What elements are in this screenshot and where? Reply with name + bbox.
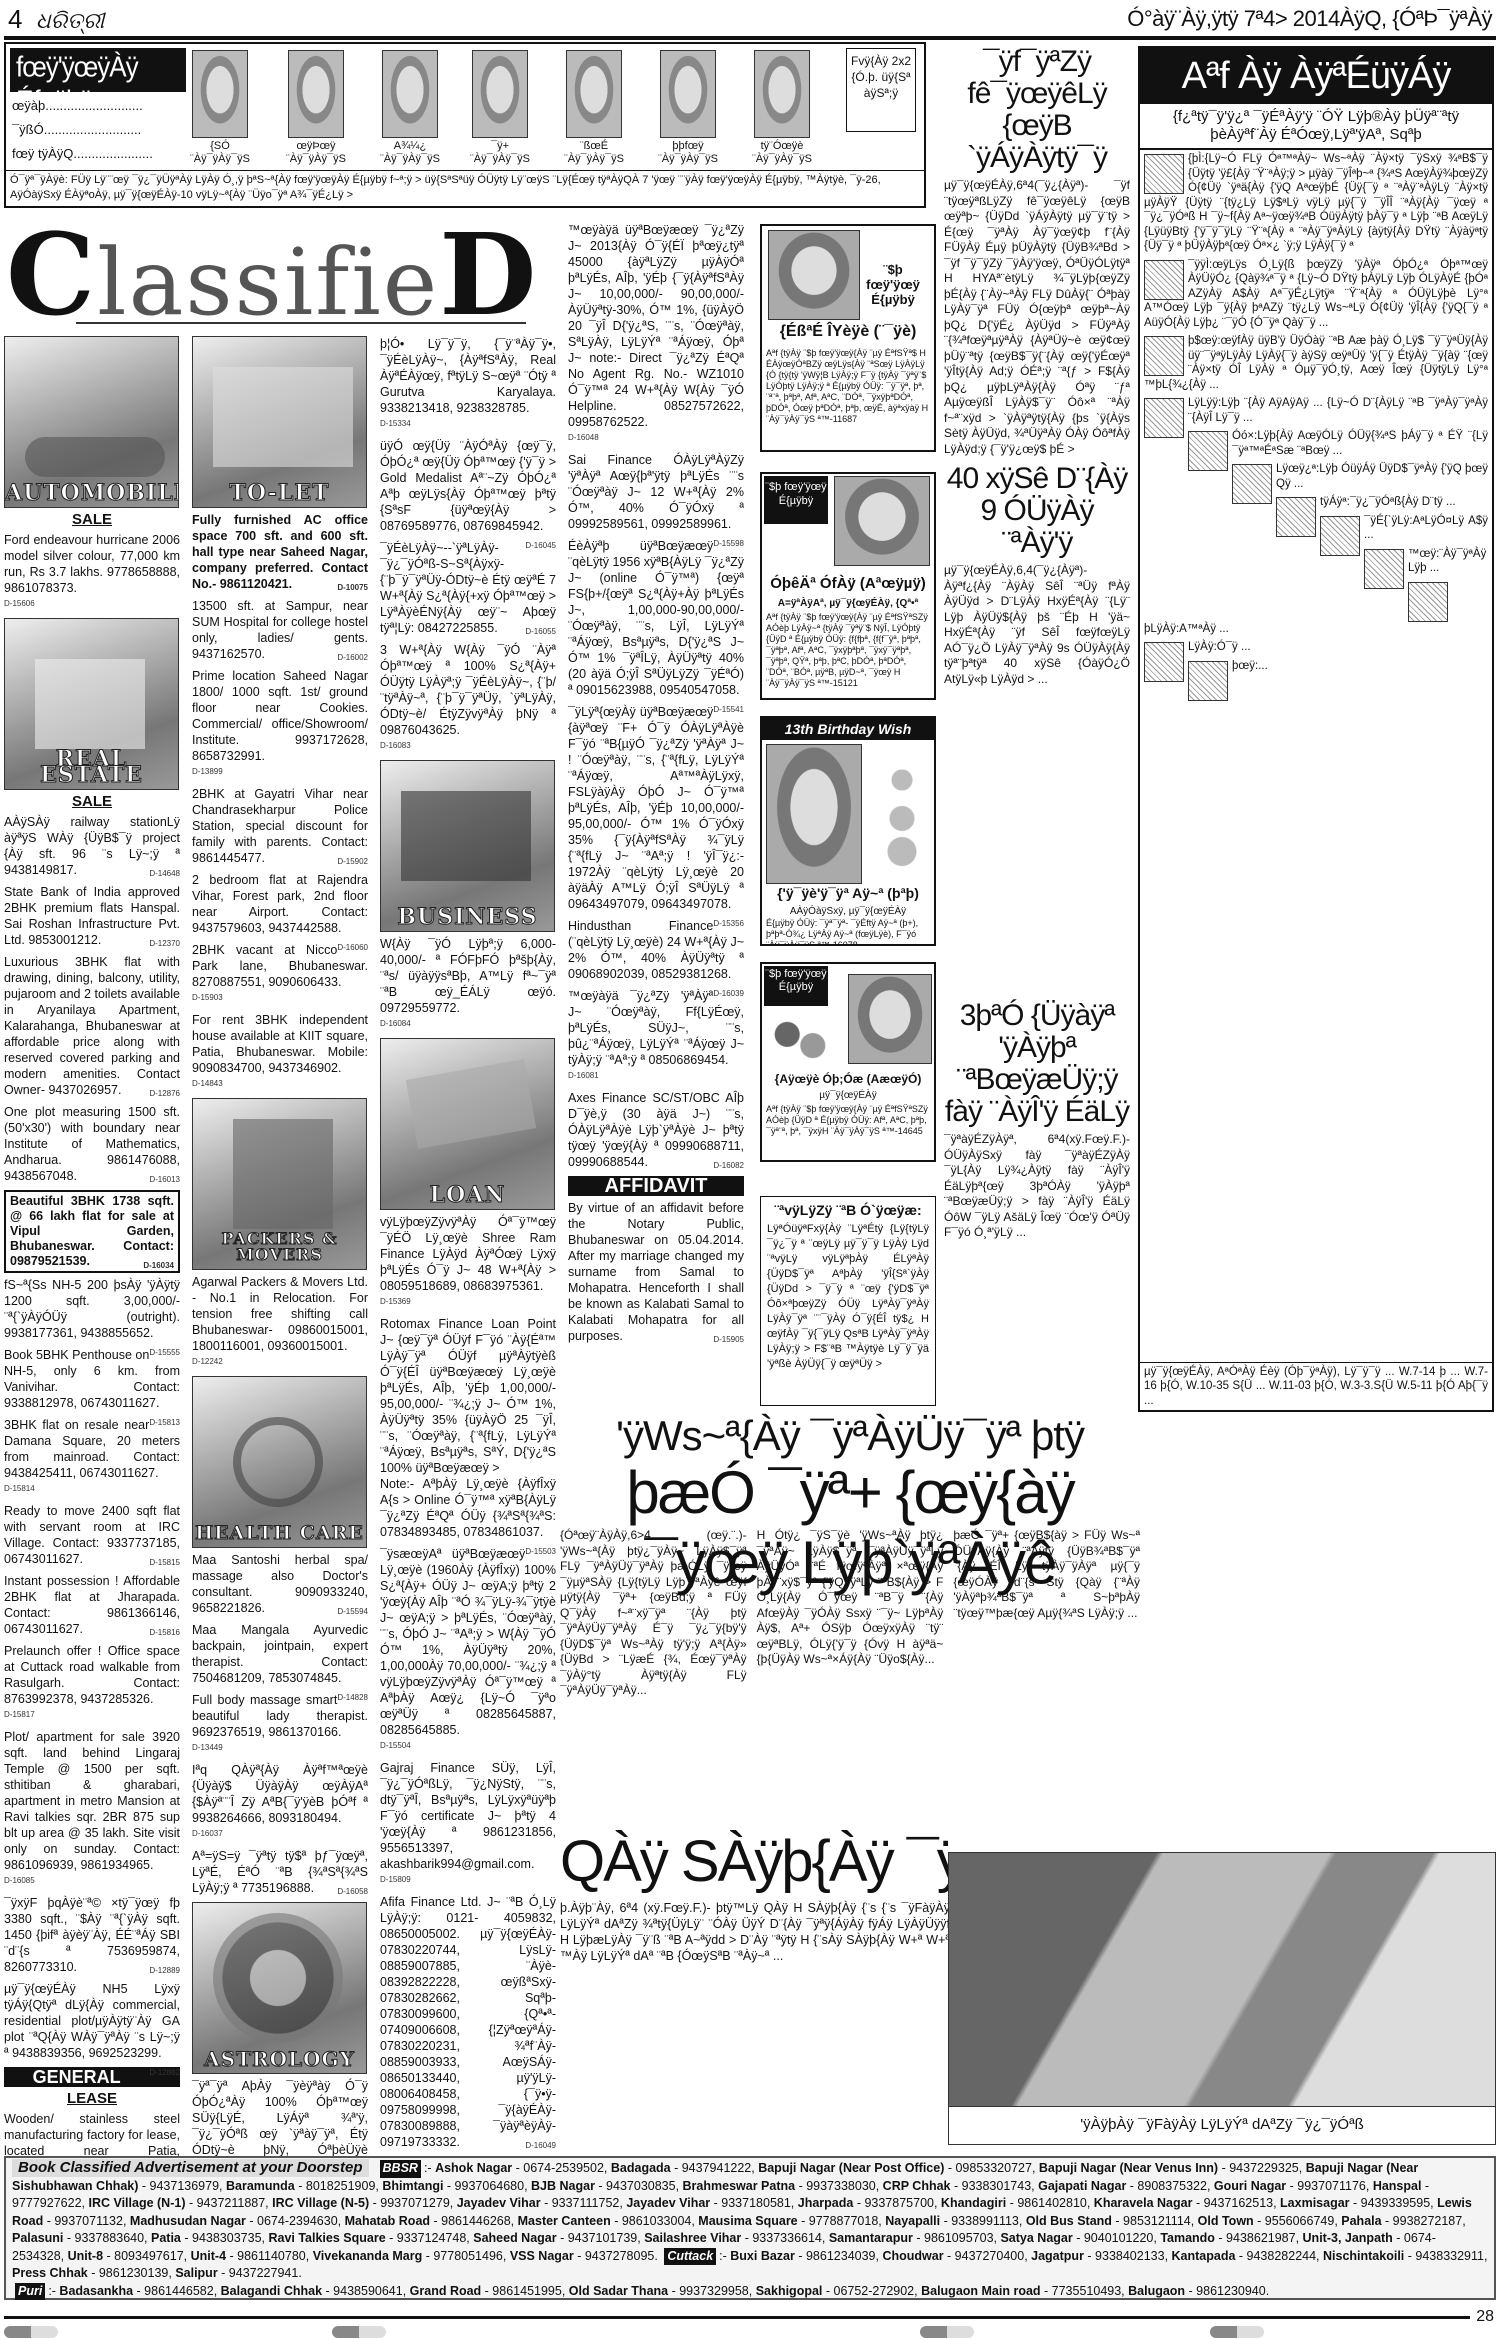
astrology-image: ASTROLOGY bbox=[192, 1902, 367, 2074]
registration-mark bbox=[920, 2326, 974, 2338]
age-field: ¯ÿßÓ........................... bbox=[12, 122, 182, 137]
news-headline: ¯ÿf¯ÿªZÿ fê¯ÿœÿêLÿ {œÿB `ÿÁÿÀÿtÿ¯ÿ bbox=[944, 46, 1130, 174]
booking-header: Book Classified Advertisement at your Do… bbox=[12, 2159, 369, 2177]
classified-ad: Maa Santoshi herbal spa/ massage also Do… bbox=[192, 1552, 368, 1616]
greeting-text: ¨$þ fœÿ'ÿœÿ É{µÿbÿ bbox=[764, 476, 828, 524]
booking-phone: - 9337336614, bbox=[741, 2231, 829, 2245]
booking-location: Bapuji Nagar (Near Post Office) bbox=[758, 2161, 944, 2175]
booking-location: Kharavela Nagar bbox=[1094, 2196, 1193, 2210]
sale-heading: SALE bbox=[4, 512, 180, 528]
wish-text: Aªf {tÿÀÿ ¨$þ fœÿ'ÿœÿ{Àÿ ¨µÿ ÉªfSŸªSZÿ A… bbox=[766, 612, 930, 689]
classified-ad: 3 W+ª{Àÿ W{Àÿ ¯ÿÓ ¨Àÿª Óþª™œÿ ª 100% S¿ª… bbox=[380, 642, 556, 754]
twins-icon bbox=[1144, 336, 1184, 376]
news-photo bbox=[948, 1852, 1496, 2107]
booking-location: IRC Village (N-1) bbox=[88, 2196, 185, 2210]
to-let-image: TO-LET bbox=[192, 336, 367, 508]
booking-phone: - 9861451995, bbox=[481, 2284, 569, 2298]
classified-ad: fS~ª{Ss NH-5 200 þsÀÿ 'ÿÀÿtÿ 1200 sqft. … bbox=[4, 1277, 180, 1341]
city-label-cuttack: Cuttack bbox=[664, 2248, 716, 2266]
booking-location: Balugaon bbox=[1128, 2284, 1185, 2298]
story-column: {Óªœÿ¨ÀÿÀÿ,6>4 (œÿ.¨.)- 'ÿWs~ª{Àÿ þtÿ¿¯ÿ… bbox=[560, 1528, 747, 1699]
booking-phone: - 9937071176, bbox=[1286, 2179, 1373, 2193]
booking-phone: - 9337883640, bbox=[63, 2231, 151, 2245]
classified-ad: Ford endeavour hurricane 2006 model silv… bbox=[4, 532, 180, 612]
booking-location: Unit-4 bbox=[191, 2249, 226, 2263]
booking-phone: - 9337180581, bbox=[710, 2196, 798, 2210]
baby-photo bbox=[848, 974, 932, 1064]
place-text: A=ÿªÀÿAª, µÿ¯ÿ{œÿÉÀÿ, {Qª•ª bbox=[762, 598, 934, 609]
greeting-text: ¨$þ fœÿ'ÿœÿ É{µÿbÿ bbox=[764, 966, 828, 1006]
classified-ad: µÿ¯ÿ{œÿÉÀÿ NH5 Lÿxÿ tÿÁÿ{Qtÿª dLÿ{Àÿ com… bbox=[4, 1981, 180, 2061]
classified-ad: Prime location Saheed Nagar 1800/ 1000 s… bbox=[192, 668, 368, 780]
news-body: µÿ¯ÿ{œÿÉÀÿ,6,4(¯ÿ¿{Àÿª)-Àÿªf¿{Àÿ ¨ÀÿÀÿ S… bbox=[944, 563, 1130, 687]
booking-location: Laxmisagar bbox=[1280, 2196, 1349, 2210]
booking-phone: - 9437278095. bbox=[574, 2249, 662, 2263]
packers-movers-image: PACKERS & MOVERS bbox=[192, 1098, 367, 1270]
booking-location: Jayadev Vihar bbox=[457, 2196, 541, 2210]
girl-photo bbox=[660, 50, 716, 138]
classified-ad: üÿÓ œÿ{Üÿ ¨ÀÿÓªÀÿ {œÿ¯ÿ, ÓþÓ¿ª œÿ{Üÿ Óþª… bbox=[380, 438, 556, 534]
booking-location: Ashok Nagar bbox=[435, 2161, 512, 2175]
health-care-image: HEALTH CARE bbox=[192, 1376, 367, 1548]
booking-location: Khandagiri bbox=[941, 2196, 1006, 2210]
booking-location: Press Chhak bbox=[12, 2266, 88, 2280]
booking-location: Unit-3, Janpath bbox=[1303, 2231, 1393, 2245]
notice-to-readers: ¨ªvÿLÿZÿ ¨ªB Ó`ÿœÿæ: LÿªÓüÿªFxÿ{Àÿ ¨LÿªÉ… bbox=[760, 1196, 936, 1406]
booking-phone: - 9437101739, bbox=[557, 2231, 645, 2245]
booking-phone: - 9937064680, bbox=[443, 2179, 531, 2193]
booking-location: Balugaon Main road bbox=[921, 2284, 1040, 2298]
classified-ad: Note:- AªþÀÿ Lÿ¸œÿè {ÀÿfÎxÿ A{s > Online… bbox=[380, 1476, 556, 1540]
classified-ad: Aª=ÿS=ÿ ¯ÿªtÿ tÿ$ª þƒ¯ÿœÿª, LÿªÉ, ÉªÓ ¨ª… bbox=[192, 1848, 368, 1896]
booking-phone: - 9861402810, bbox=[1006, 2196, 1094, 2210]
booking-location: Madhusudan Nagar bbox=[130, 2214, 246, 2228]
booking-location: IRC Village (N-5) bbox=[272, 2196, 369, 2210]
booking-phone: - 9438590641, bbox=[322, 2284, 410, 2298]
booking-location: Samantarapur bbox=[829, 2231, 913, 2245]
wish-text: É{µÿbÿ ÓÜÿ: ¯ÿª¯ÿª- ¯ÿÉftÿ Aÿ~ª (þ+), þª… bbox=[766, 918, 930, 946]
booking-phone: - 06752-272902, bbox=[822, 2284, 921, 2298]
classified-ad: ¯ÿLÿª{œÿÀÿ üÿªBœÿæœÿ {àÿªœÿ ¨F+ Ó¯ÿ ÓÀÿL… bbox=[568, 704, 744, 912]
booking-location: Ravi Talkies Square bbox=[268, 2231, 385, 2245]
booking-phone: - 9778051496, bbox=[422, 2249, 510, 2263]
notice-title: ¨ªvÿLÿZÿ ¨ªB Ó`ÿœÿæ: bbox=[763, 1203, 933, 1218]
classified-ad: Plot/ apartment for sale 3920 sqft. land… bbox=[4, 1729, 180, 1889]
booking-phone: - 9337124748, bbox=[386, 2231, 474, 2245]
notice-text: LÿªÓüÿªFxÿ{Àÿ ¨LÿªÉtÿ {Lÿ{tÿLÿ ¯ÿ¿¯ÿ ª ¨… bbox=[763, 1222, 933, 1372]
classified-ad: State Bank of India approved 2BHK premiu… bbox=[4, 884, 180, 948]
sale-heading: SALE bbox=[4, 794, 180, 810]
footer-rule bbox=[4, 2316, 1470, 2319]
classified-column-1: AUTOMOBILE SALE Ford endeavour hurricane… bbox=[4, 336, 180, 2213]
affidavit-notice: By virtue of an affidavit before the Not… bbox=[568, 1200, 744, 1344]
banner-underline bbox=[76, 322, 526, 324]
booking-phone: - 9437270400, bbox=[944, 2249, 1032, 2263]
classified-ad: ¯ÿsæœÿAª üÿªBœÿæœÿ Lÿ¸œÿè (1960Àÿ {ÀÿfÎx… bbox=[380, 1546, 556, 1754]
classified-ad: Fully furnished AC office space 700 sft.… bbox=[192, 512, 368, 592]
booking-location: Old Bus Stand bbox=[1026, 2214, 1112, 2228]
name-field: œÿàþ........................... bbox=[12, 98, 182, 113]
booking-phone: - 9437030835, bbox=[595, 2179, 683, 2193]
horoscope-entry: Óó×:Lÿþ{Àÿ AœÿÓLÿ ÓÜÿ{¾ªS þÁÿ¯ÿ ª ÉŸ ¨{L… bbox=[1140, 427, 1492, 460]
booking-phone: - 9861230940. bbox=[1185, 2284, 1269, 2298]
booking-location: Palasuni bbox=[12, 2231, 63, 2245]
booking-phone: - 7735510493, bbox=[1041, 2284, 1129, 2298]
booking-phone: - 9861230139, bbox=[88, 2266, 176, 2280]
child-photo bbox=[382, 50, 438, 138]
booking-phone: - 9437229325, bbox=[1218, 2161, 1306, 2175]
date-line: Ó°àÿ¨Àÿ,ÿtÿ 7ª4> 2014ÀÿQ, {ÓªÞ¯ÿªÀÿ bbox=[1127, 6, 1492, 32]
main-story-columns: {Óªœÿ¨ÀÿÀÿ,6>4 (œÿ.¨.)- 'ÿWs~ª{Àÿ þtÿ¿¯ÿ… bbox=[560, 1528, 1140, 1699]
booking-location: Gajapati Nagar bbox=[1038, 2179, 1126, 2193]
booking-phone: - 8018251909, bbox=[295, 2179, 383, 2193]
booking-location: Tamando bbox=[1160, 2231, 1215, 2245]
news-column: ¯ÿf¯ÿªZÿ fê¯ÿœÿêLÿ {œÿB `ÿÁÿÀÿtÿ¯ÿ µÿ¯ÿ{… bbox=[944, 46, 1130, 693]
woman-photo bbox=[754, 50, 810, 138]
classified-ad: ™œÿàÿä üÿªBœÿæœÿ ¯ÿ¿ªZÿ J~ 2013{Àÿ Ó¯ÿ{É… bbox=[568, 222, 744, 446]
booking-location: Brahmeswar Patna bbox=[683, 2179, 796, 2193]
booking-location: Old Town bbox=[1198, 2214, 1254, 2228]
booking-phone: - 9437162513, bbox=[1192, 2196, 1280, 2210]
booking-phone: - 9438621987, bbox=[1215, 2231, 1303, 2245]
page-header-left: 4 ଧରିତ୍ରୀ bbox=[8, 4, 104, 35]
child-photo bbox=[472, 50, 528, 138]
booking-phone: - 9438303735, bbox=[181, 2231, 269, 2245]
booking-location: Balagandi Chhak bbox=[221, 2284, 322, 2298]
booking-phone: - 9861234039, bbox=[795, 2249, 883, 2263]
classified-ad: Agarwal Packers & Movers Ltd. - No.1 in … bbox=[192, 1274, 368, 1370]
booking-location: Gouri Nagar bbox=[1214, 2179, 1286, 2193]
lease-heading: LEASE bbox=[4, 2091, 180, 2107]
page-number: 4 bbox=[8, 4, 22, 34]
news-headline: 40 xÿSê D¨{Àÿ 9 ÓÜÿÀÿ ¨ªÀÿ'ÿ bbox=[944, 463, 1130, 559]
booking-location: VSS Nagar bbox=[510, 2249, 574, 2263]
news-column-lower: 3þªÓ {Üÿàÿª 'ÿÀÿþª ¨ªBœÿæÜÿ;ÿ fàÿ ¨ÀÿÎ'ÿ… bbox=[944, 1000, 1130, 1247]
booking-phone: - 9861033004, bbox=[611, 2214, 699, 2228]
horoscope-entry: {þÌ:{Lÿ~Ó FLÿ Óª™ªÀÿ~ Ws~ªÀÿ ¨Àÿ×tÿ ¯ÿSx… bbox=[1140, 150, 1492, 256]
booking-phone: - 9338402133, bbox=[1084, 2249, 1172, 2263]
wish-text: Aªf {tÿÀÿ ¨$þ fœÿ'ÿœÿ{Àÿ ¨µÿ ÉªfSŸª$ H É… bbox=[766, 348, 930, 425]
booking-location: Hanspal bbox=[1373, 2179, 1422, 2193]
booking-phone: - 9937071132, bbox=[43, 2214, 130, 2228]
girl-photo bbox=[766, 744, 862, 884]
classified-ad: AÀÿSÀÿ railway stationLÿ àÿªÿS WÀÿ {ÜÿB$… bbox=[4, 814, 180, 878]
booking-location: Old Sadar Thana bbox=[569, 2284, 668, 2298]
child-photo bbox=[566, 50, 622, 138]
header-rule bbox=[4, 36, 1496, 40]
news-body: ¯ÿªàÿÉZÿÀÿª, 6ª4(xÿ.Fœÿ.F.)- ÓÜÿÀÿSxÿ fà… bbox=[944, 1132, 1130, 1241]
child-photo bbox=[288, 50, 344, 138]
booking-phone: - 9439339595, bbox=[1350, 2196, 1438, 2210]
classified-ad: Instant possession ! Affordable 2BHK fla… bbox=[4, 1573, 180, 1637]
classified-ad: ¯ÿxÿF þqÀÿè¨ª© ×tÿ¯ÿœÿ fþ 3380 sqft., ¨$… bbox=[4, 1895, 180, 1975]
child-photo bbox=[192, 50, 248, 138]
booking-location: Sailashree Vihar bbox=[644, 2231, 741, 2245]
booking-phone: - 9861140780, bbox=[226, 2249, 313, 2263]
birthday-ad: ¨$þ fœÿ'ÿœÿ É{µÿbÿ {ÉßªÉ ÎYèÿè (¨¯ÿè) Aª… bbox=[760, 224, 936, 452]
booking-location: Jayadev Vihar bbox=[626, 2196, 710, 2210]
booking-phone: - 9556066749, bbox=[1254, 2214, 1342, 2228]
page-number-bottom: 28 bbox=[1476, 2308, 1494, 2326]
booking-phone: - 9861446268, bbox=[430, 2214, 518, 2228]
horoscope-entry: Lÿœÿ¿ª:Lÿþ ÓüÿÁÿ ÜÿD$¯ÿªÀÿ {'ÿQ þœÿ Qÿ .… bbox=[1140, 460, 1492, 493]
photo-caption: tÿ¨Óœÿè¨Àÿ¯ÿÀÿ¯ÿS bbox=[747, 140, 817, 166]
classified-ad: Axes Finance SC/ST/OBC AÎþ D¯ÿè,ÿ (30 àÿ… bbox=[568, 1090, 744, 1170]
classified-ad: ÉèÀÿªþ üÿªBœÿæœÿ ¨qèLÿtÿ 1956 xÿªB{ÀÿLÿ … bbox=[568, 538, 744, 698]
booking-location: Baramunda bbox=[226, 2179, 295, 2193]
secondary-headline: QÀÿ SÀÿþ{Àÿ ¯ÿFàÿÀÿ LÿLÿÝª þ{àÿ bbox=[560, 1830, 950, 1894]
booking-location: Buxi Bazar bbox=[730, 2249, 795, 2263]
booking-phone: - 9437227941. bbox=[218, 2266, 302, 2280]
boxed-classified-ad: Beautiful 3BHK 1738 sqft. @ 66 lakh flat… bbox=[4, 1190, 180, 1273]
photo-caption: 'ÿÀÿþÀÿ ¯ÿFàÿÀÿ LÿLÿÝª dAªZÿ ¯ÿ¿¯ÿÓªß bbox=[948, 2107, 1496, 2145]
booking-phone: - 9938272187, bbox=[1382, 2214, 1466, 2228]
photo-caption: ¯ÿ+¨Àÿ¯ÿÀÿ¯ÿS bbox=[465, 140, 535, 166]
booking-location: Salipur bbox=[175, 2266, 217, 2280]
horoscope-entry: ¯ÿÉ{`ÿLÿ:AªLÿÓ¤Lÿ A$ÿ ... bbox=[1140, 512, 1492, 545]
booking-phone: - 9040101220, bbox=[1073, 2231, 1161, 2245]
booking-location: Unit-8 bbox=[68, 2249, 103, 2263]
main-headline-line-1: 'ÿWs~ª{Àÿ ¯ÿªÀÿÜÿ¯ÿª þtÿ bbox=[560, 1412, 1140, 1460]
booking-phone: - 9337875700, bbox=[853, 2196, 941, 2210]
strip-title: fœÿ'ÿœÿÀÿ É{µÿbÿ bbox=[10, 48, 186, 92]
photo-caption: ¨ßœÉ¨Àÿ¯ÿÀÿ¯ÿS bbox=[559, 140, 629, 166]
booking-location: BJB Nagar bbox=[531, 2179, 595, 2193]
photo-caption: {SÓ¨Àÿ¯ÿÀÿ¯ÿS bbox=[185, 140, 255, 166]
birthday-ad: ¨$þ fœÿ'ÿœÿ É{µÿbÿ {Aÿœÿè Óþ;Óæ (AæœÿÓ) … bbox=[760, 962, 936, 1162]
birthday-banner: 13th Birthday Wish bbox=[762, 718, 934, 740]
classified-ad: 13500 sft. at Sampur, near SUM Hospital … bbox=[192, 598, 368, 662]
classified-banner: ClassifieD bbox=[6, 222, 546, 330]
real-estate-image: REAL ESTATE bbox=[4, 618, 179, 790]
date-field: fœÿ tÿÀÿQ...................... bbox=[12, 146, 182, 161]
baby-photo bbox=[768, 230, 860, 320]
booking-location: Bhimtangi bbox=[382, 2179, 443, 2193]
secondary-story-body: þ.Àÿþ¨Àÿ, 6ª4 (xÿ.Fœÿ.F.)- þtÿ™Lÿ QÀÿ H … bbox=[560, 1900, 950, 1964]
horoscope-entry: LÿÀÿ:Ó¯ÿ ... bbox=[1140, 638, 1492, 657]
bull-icon bbox=[1144, 260, 1184, 300]
booking-location: Mausima Square bbox=[698, 2214, 797, 2228]
classified-ad: Maa Mangala Ayurvedic backpain, jointpai… bbox=[192, 1622, 368, 1686]
classified-column-3: þ¦Ó• Lÿ¯ÿ¯ÿ, {¯ÿ¨ªÀÿ¯ÿ•, ¯ÿÉèLÿÀÿ~, {Àÿª… bbox=[380, 336, 556, 2156]
booking-phone: - 9937338030, bbox=[795, 2179, 883, 2193]
birthday-ad: 13th Birthday Wish {'ÿ¯ÿè'ÿ¯ÿª Aÿ~ª (þªþ… bbox=[760, 716, 936, 946]
photo-caption: þþfœÿ¨Àÿ¯ÿÀÿ¯ÿS bbox=[653, 140, 723, 166]
classified-ad: For rent 3BHK independent house availabl… bbox=[192, 1012, 368, 1092]
story-column: þæÓ ¯ÿª+ {œÿB${àÿ > FÜÿ Ws~ª ÓÜÿÀÿ{Àÿ ¨ª… bbox=[953, 1528, 1140, 1699]
booking-location: Satya Nagar bbox=[1000, 2231, 1072, 2245]
photo-caption: A¾¼¿¨Àÿ¯ÿÀÿ¯ÿS bbox=[375, 140, 445, 166]
automobile-image: AUTOMOBILE bbox=[4, 336, 179, 508]
booking-phone: - 09853320727, bbox=[944, 2161, 1039, 2175]
booking-phone: - 0674-2394630, bbox=[246, 2214, 345, 2228]
loan-image: LOAN bbox=[380, 1038, 555, 1210]
classified-ad: þ¦Ó• Lÿ¯ÿ¯ÿ, {¯ÿ¨ªÀÿ¯ÿ•, ¯ÿÉèLÿÀÿ~, {Àÿª… bbox=[380, 336, 556, 432]
fish-icon bbox=[1188, 661, 1228, 701]
booking-location: Badasankha bbox=[59, 2284, 133, 2298]
booking-location: CRP Chhak bbox=[883, 2179, 951, 2193]
horoscope-entry: ™œÿ:¨Àÿ¯ÿªÀÿ Lÿþ ... bbox=[1140, 545, 1492, 578]
booking-phone: - 8093497617, bbox=[103, 2249, 191, 2263]
booking-phone: - 9437211887, bbox=[185, 2196, 272, 2210]
booking-location: Grand Road bbox=[410, 2284, 482, 2298]
booking-location: Badagada bbox=[611, 2161, 671, 2175]
horoscope-entry: þLÿÀÿ:A™ªÀÿ ... bbox=[1140, 578, 1492, 639]
booking-phone: - 9937329958, bbox=[668, 2284, 756, 2298]
booking-phone: - 8908375322, bbox=[1126, 2179, 1214, 2193]
booking-location: Choudwar bbox=[882, 2249, 943, 2263]
booking-location: Mahatab Road bbox=[345, 2214, 430, 2228]
classified-ad: W{Àÿ ¯ÿÓ Lÿþª;ÿ 6,000-40,000/- ª FÓFþFÓ … bbox=[380, 936, 556, 1032]
horoscope-entry: þœÿ:... bbox=[1140, 657, 1492, 676]
city-label-puri: Puri bbox=[15, 2283, 45, 2301]
birthday-ad: ¨$þ fœÿ'ÿœÿ É{µÿbÿ ÓþêÄª ÓfÀÿ (Aªœÿµÿ) A… bbox=[760, 472, 936, 700]
booking-location: Pahala bbox=[1341, 2214, 1381, 2228]
booking-location: Vivekananda Marg bbox=[313, 2249, 423, 2263]
child-name: ÓþêÄª ÓfÀÿ (Aªœÿµÿ) bbox=[762, 578, 934, 589]
registration-mark bbox=[4, 2326, 58, 2338]
classified-ad: Afifa Finance Ltd. J~ ¨ªB Ó¸Lÿ LÿÀÿ;ÿ: 0… bbox=[380, 1894, 556, 2150]
ram-icon bbox=[1144, 154, 1184, 194]
story-column: H Ótÿ¿ ¯ÿS¯ÿè 'ÿWs~ªÀÿ þtÿ¿ ¯ÿªÀÿ~ LÿÀÿ$… bbox=[757, 1528, 944, 1699]
classified-ad: 2 bedroom flat at Rajendra Vihar, Forest… bbox=[192, 872, 368, 936]
booking-phone: - 9337111752, bbox=[541, 2196, 627, 2210]
baby-photo bbox=[834, 476, 930, 566]
booking-location: Nayapalli bbox=[885, 2214, 940, 2228]
photo-size-note: Fvÿ{Àÿ 2x2 {Ó.þ. üÿ{Sª àÿSª;ÿ bbox=[846, 48, 916, 132]
goat-icon bbox=[1408, 582, 1448, 622]
booking-phone: - 0674-2539502, bbox=[512, 2161, 611, 2175]
newspaper-name: ଧରିତ୍ରୀ bbox=[36, 9, 105, 34]
wish-text: Aªf {tÿÀÿ ¨$þ fœÿ'ÿœÿ{Àÿ ¨µÿ ÉªfSŸªSZÿ A… bbox=[766, 1104, 930, 1137]
birthday-photo-strip: fœÿ'ÿœÿÀÿ É{µÿbÿ œÿàþ...................… bbox=[4, 42, 926, 208]
panchang-footer: µÿ¯ÿ{œÿÉÀÿ, AªÓªÀÿ Éèÿ (Óþ¯ÿªÀÿ), Lÿ¯ÿ¯ÿ… bbox=[1140, 1362, 1492, 1411]
booking-phone: - 9338991113, bbox=[940, 2214, 1026, 2228]
child-name: {Aÿœÿè Óþ;Óæ (AæœÿÓ) bbox=[762, 1074, 934, 1085]
classified-ad: 2BHK at Gayatri Vihar near Chandrasekhar… bbox=[192, 786, 368, 866]
booking-location: Saheed Nagar bbox=[473, 2231, 556, 2245]
booking-location: Nischintakoili bbox=[1323, 2249, 1404, 2263]
classified-ad: Gajraj Finance SÜÿ, LÿÎ, ¯ÿ¿¯ÿÓªßLÿ, ¯ÿ¿… bbox=[380, 1760, 556, 1888]
booking-phone: - 9778877018, bbox=[798, 2214, 886, 2228]
puri-entries: Badasankha - 9861446582, Balagandi Chhak… bbox=[59, 2284, 1269, 2298]
horoscope-entry: þ$œÿ:œÿfÀÿ üÿB'ÿ ÜÿÓàÿ ¨ªB Aæ þàÿ Ó¸Lÿ$ … bbox=[1140, 332, 1492, 394]
horoscope-entry: ¯ÿÿÌ:œÿLÿs Ó¸Lÿ{ß þœÿZÿ 'ÿÀÿª ÓþÓ¿ª Óþª™… bbox=[1140, 256, 1492, 333]
booking-phone: - 9438282244, bbox=[1235, 2249, 1323, 2263]
child-name: {ÉßªÉ ÎYèÿè (¨¯ÿè) bbox=[762, 326, 934, 337]
classified-ad: Prelaunch offer ! Office space at Cuttac… bbox=[4, 1643, 180, 1723]
horoscope-box: Aªf Àÿ ÀÿªÉüÿÁÿ {f¿ªtÿ¯ÿ'ÿ¿ª ¯ÿÉªÀÿ'ÿ ¨Ó… bbox=[1138, 46, 1494, 1412]
booking-phone: - 9861446582, bbox=[133, 2284, 221, 2298]
affidavit-heading: AFFIDAVIT bbox=[568, 1176, 744, 1196]
registration-mark bbox=[1210, 2326, 1264, 2338]
city-label-bbsr: BBSR bbox=[380, 2160, 421, 2178]
classified-column-2: TO-LET Fully furnished AC office space 7… bbox=[192, 336, 368, 2244]
classified-ad: One plot measuring 1500 sft. (50'x30') w… bbox=[4, 1104, 180, 1184]
booking-location: Jharpada bbox=[798, 2196, 854, 2210]
booking-phone: - 9438332911, bbox=[1404, 2249, 1487, 2263]
horoscope-title: Aªf Àÿ ÀÿªÉüÿÁÿ bbox=[1140, 48, 1492, 104]
classified-ad: Luxurious 3BHK flat with drawing, dining… bbox=[4, 954, 180, 1098]
classified-ad: Iªq QÀÿª{Àÿ Àÿªf™ªœÿè {Üÿàÿ$ ÜÿàÿÀÿ œÿÀÿ… bbox=[192, 1762, 368, 1842]
classified-ad: vÿLÿþœÿZÿvÿªÀÿ Óª¯ÿ™œÿ ¯ÿÉÖ Lÿ¸œÿè Shree… bbox=[380, 1214, 556, 1310]
booking-centers-footer: Book Classified Advertisement at your Do… bbox=[4, 2156, 1496, 2300]
horoscope-subtitle: {f¿ªtÿ¯ÿ'ÿ¿ª ¯ÿÉªÀÿ'ÿ ¨ÓŸ Lÿþ®Àÿ þÜÿª¨ªt… bbox=[1140, 104, 1492, 150]
classified-title: ClassifieD bbox=[6, 222, 546, 337]
booking-phone: - 9437136979, bbox=[138, 2179, 226, 2193]
place-text: AÀÿÓàÿSxÿ, µÿ¯ÿ{œÿÉÀÿ bbox=[762, 906, 934, 917]
classified-ad: Rotomax Finance Loan Point J~ {œÿ¯ÿª ÓÜÿ… bbox=[380, 1316, 556, 1476]
booking-phone: - 9853121114, bbox=[1112, 2214, 1198, 2228]
booking-location: Jagatpur bbox=[1031, 2249, 1084, 2263]
horoscope-entry: tÿÁÿª:¯ÿ¿¯ÿÓªß{Àÿ D¨tÿ ... bbox=[1140, 493, 1492, 512]
registration-mark bbox=[332, 2326, 386, 2338]
booking-location: Kantapada bbox=[1172, 2249, 1236, 2263]
business-image: BUSINESS bbox=[380, 760, 555, 932]
booking-phone: - 9937071279, bbox=[369, 2196, 457, 2210]
booking-phone: - 9437941222, bbox=[671, 2161, 759, 2175]
classified-ad: ™œÿàÿä ¯ÿ¿ªZÿ 'ÿªÀÿª J~ ¨Óœÿªàÿ, Ff{LÿÉœ… bbox=[568, 988, 744, 1084]
booking-location: Patia bbox=[151, 2231, 181, 2245]
classified-column-4: ™œÿàÿä üÿªBœÿæœÿ ¯ÿ¿ªZÿ J~ 2013{Àÿ Ó¯ÿ{É… bbox=[568, 222, 744, 1350]
child-name: {'ÿ¯ÿè'ÿ¯ÿª Aÿ~ª (þªþ) bbox=[762, 888, 934, 899]
classified-ad: Ready to move 2400 sqft flat with servan… bbox=[4, 1503, 180, 1567]
booking-location: Master Canteen bbox=[518, 2214, 611, 2228]
news-body: µÿ¯ÿ{œÿÉÀÿ,6ª4(¯ÿ¿{Àÿª)- ¯ÿf ¨tÿœÿªßLÿZÿ… bbox=[944, 178, 1130, 457]
classified-ad: Sai Finance ÓÀÿLÿªÀÿZÿ 'ÿªÀÿª Aœÿ{þª'ÿtÿ… bbox=[568, 452, 744, 532]
news-headline: 3þªÓ {Üÿàÿª 'ÿÀÿþª ¨ªBœÿæÜÿ;ÿ fàÿ ¨ÀÿÎ'ÿ… bbox=[944, 1000, 1130, 1128]
booking-phone: - 9861095703, bbox=[913, 2231, 1001, 2245]
balloons-icon bbox=[768, 1012, 832, 1068]
booking-phone: - 9338301743, bbox=[951, 2179, 1039, 2193]
place-text: µÿ¯ÿ{œÿÉÀÿ bbox=[762, 1090, 934, 1101]
classified-ad: ¯ÿÉèLÿÀÿ~--`ÿªLÿÀÿ-¯ÿ¿¯ÿÓªß-S~Sª{Àÿxÿ-{¨… bbox=[380, 540, 556, 636]
greeting-text: ¨$þ fœÿ'ÿœÿ É{µÿbÿ bbox=[858, 262, 928, 307]
submission-note: Ó¯ÿª¯ÿÀÿè: FÜÿ Lÿ¨¨œÿ ¯ÿ¿¯ÿÜÿªÀÿ LÿÀÿ Ó¸… bbox=[6, 170, 924, 205]
balloons-icon bbox=[882, 758, 922, 868]
booking-location: Sakhigopal bbox=[756, 2284, 823, 2298]
horoscope-entry: LÿLÿÿ:Lÿþ ¨{Àÿ AÿAÿAÿ ... {Lÿ~Ó D¨{ÀÿLÿ … bbox=[1140, 394, 1492, 427]
booking-location: Bapuji Nagar (Near Venus Inn) bbox=[1039, 2161, 1218, 2175]
photo-caption: œÿÞœÿ¨Àÿ¯ÿÀÿ¯ÿS bbox=[281, 140, 351, 166]
